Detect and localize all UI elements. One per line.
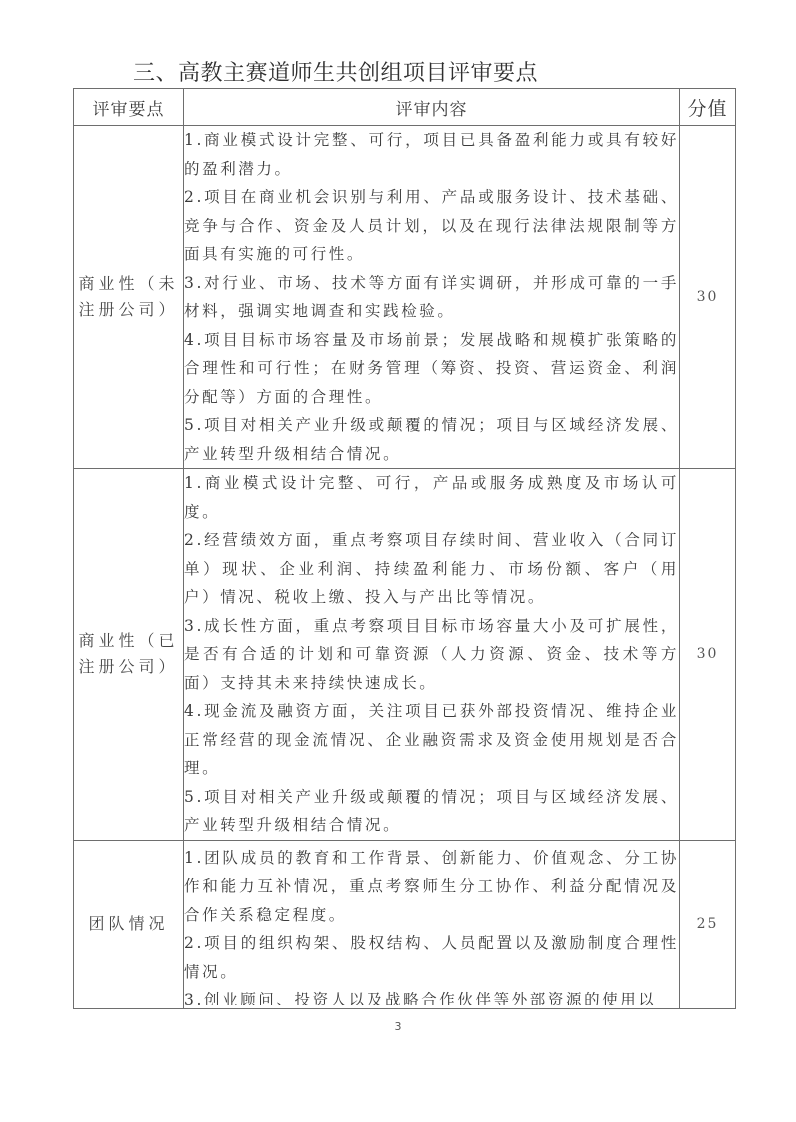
criterion-item: 1.团队成员的教育和工作背景、创新能力、价值观念、分工协作和能力互补情况，重点考…	[184, 844, 679, 930]
table-row: 商业性（未注册公司） 1.商业模式设计完整、可行，项目已具备盈利能力或具有较好的…	[74, 126, 736, 469]
criterion-item: 3.对行业、市场、技术等方面有详实调研，并形成可靠的一手材料，强调实地调查和实践…	[184, 269, 679, 326]
criterion-item: 2.经营绩效方面，重点考察项目存续时间、营业收入（合同订单）现状、企业利润、持续…	[184, 526, 679, 612]
evaluation-content-cell: 1.团队成员的教育和工作背景、创新能力、价值观念、分工协作和能力互补情况，重点考…	[184, 840, 680, 1008]
evaluation-point-cell: 商业性（未注册公司）	[74, 126, 184, 469]
evaluation-criteria-table: 评审要点 评审内容 分值 商业性（未注册公司） 1.商业模式设计完整、可行，项目…	[73, 88, 736, 1009]
page-number: 3	[0, 1020, 796, 1033]
score-cell: 25	[680, 840, 736, 1008]
table-header-row: 评审要点 评审内容 分值	[74, 89, 736, 126]
criterion-item: 2.项目在商业机会识别与利用、产品或服务设计、技术基础、竞争与合作、资金及人员计…	[184, 183, 679, 269]
table-row: 商业性（已注册公司） 1.商业模式设计完整、可行，产品或服务成熟度及市场认可度。…	[74, 469, 736, 841]
criterion-item: 5.项目对相关产业升级或颠覆的情况；项目与区域经济发展、产业转型升级相结合情况。	[184, 783, 679, 840]
score-cell: 30	[680, 126, 736, 469]
criterion-item: 1.商业模式设计完整、可行，项目已具备盈利能力或具有较好的盈利潜力。	[184, 126, 679, 183]
criterion-item: 4.现金流及融资方面，关注项目已获外部投资情况、维持企业正常经营的现金流情况、企…	[184, 697, 679, 783]
criterion-item: 3.创业顾问、投资人以及战略合作伙伴等外部资源的使用以	[184, 986, 679, 1005]
criterion-item: 5.项目对相关产业升级或颠覆的情况；项目与区域经济发展、产业转型升级相结合情况。	[184, 411, 679, 468]
criterion-item: 3.成长性方面，重点考察项目目标市场容量大小及可扩展性，是否有合适的计划和可靠资…	[184, 612, 679, 698]
header-evaluation-point: 评审要点	[74, 89, 184, 126]
evaluation-content-cell: 1.商业模式设计完整、可行，项目已具备盈利能力或具有较好的盈利潜力。 2.项目在…	[184, 126, 680, 469]
evaluation-point-cell: 团队情况	[74, 840, 184, 1008]
header-evaluation-content: 评审内容	[184, 89, 680, 126]
criterion-item: 1.商业模式设计完整、可行，产品或服务成熟度及市场认可度。	[184, 469, 679, 526]
table-row: 团队情况 1.团队成员的教育和工作背景、创新能力、价值观念、分工协作和能力互补情…	[74, 840, 736, 1008]
evaluation-point-cell: 商业性（已注册公司）	[74, 469, 184, 841]
criterion-item: 2.项目的组织构架、股权结构、人员配置以及激励制度合理性情况。	[184, 929, 679, 986]
content-clip: 1.团队成员的教育和工作背景、创新能力、价值观念、分工协作和能力互补情况，重点考…	[184, 844, 679, 1005]
header-score: 分值	[680, 89, 736, 126]
criterion-item: 4.项目目标市场容量及市场前景；发展战略和规模扩张策略的合理性和可行性；在财务管…	[184, 326, 679, 412]
evaluation-content-cell: 1.商业模式设计完整、可行，产品或服务成熟度及市场认可度。 2.经营绩效方面，重…	[184, 469, 680, 841]
score-cell: 30	[680, 469, 736, 841]
section-title: 三、高教主赛道师生共创组项目评审要点	[133, 56, 538, 87]
